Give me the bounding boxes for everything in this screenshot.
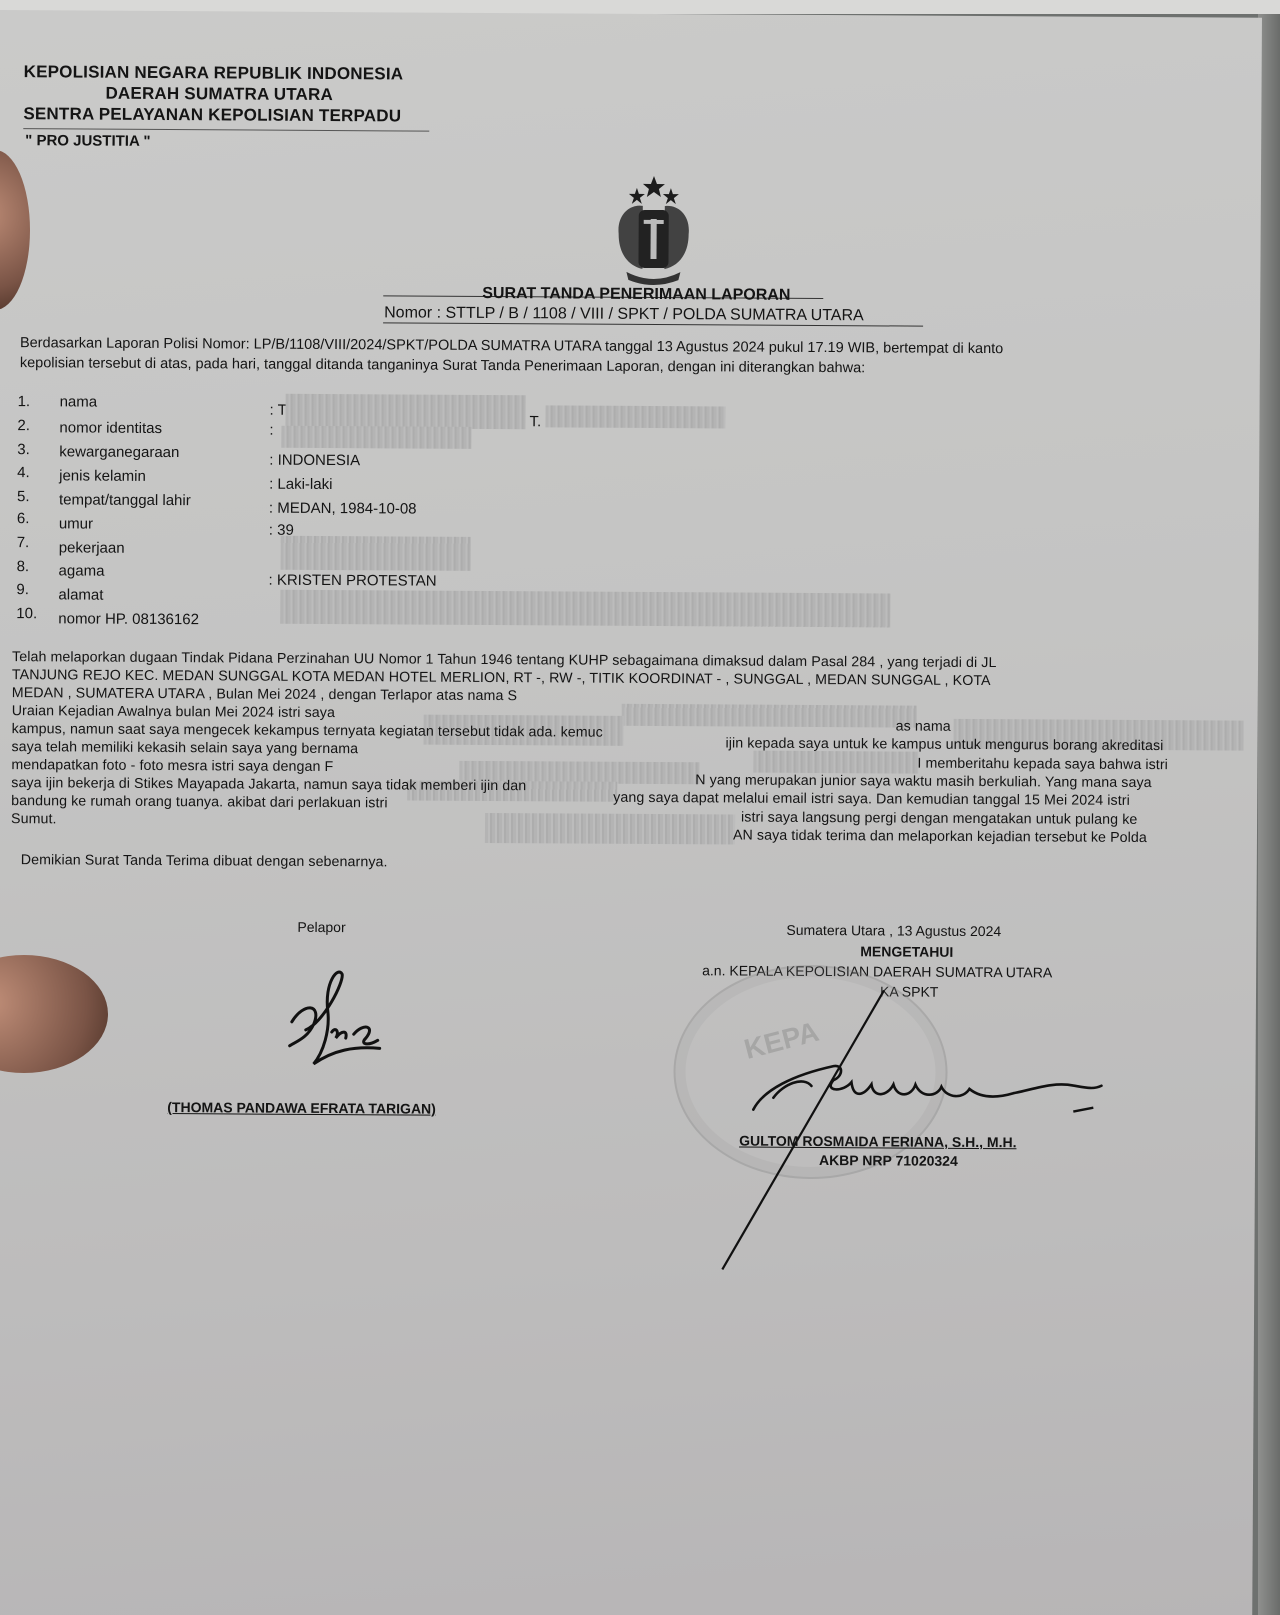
- field-label-nomor-hp: nomor HP. 08136162: [58, 610, 199, 628]
- official-rank: AKBP NRP 71020324: [819, 1152, 958, 1169]
- report-line: Sumut.: [11, 811, 57, 827]
- redaction-block: [285, 394, 525, 429]
- field-label-alamat: alamat: [58, 586, 103, 603]
- document-title: SURAT TANDA PENERIMAAN LAPORAN: [482, 285, 790, 305]
- closing-statement: Demikian Surat Tanda Terima dibuat denga…: [21, 852, 388, 870]
- field-value-agama: : KRISTEN PROTESTAN: [268, 572, 436, 590]
- background-surface: [1258, 14, 1280, 1615]
- pro-justitia: " PRO JUSTITIA ": [25, 132, 150, 150]
- field-value-tempat-tanggal-lahir: : MEDAN, 1984-10-08: [269, 500, 417, 518]
- reporter-label: Pelapor: [297, 919, 345, 935]
- field-number: 6.: [17, 510, 30, 527]
- field-number: 3.: [17, 441, 30, 458]
- field-label-jenis-kelamin: jenis kelamin: [59, 467, 146, 485]
- intro-line-1: Berdasarkan Laporan Polisi Nomor: LP/B/1…: [20, 335, 1003, 357]
- field-label-agama: agama: [59, 562, 105, 579]
- header-divider: [23, 128, 429, 131]
- report-line-right: AN saya tidak terima dan melaporkan keja…: [733, 827, 1147, 846]
- field-label-kewarganegaraan: kewarganegaraan: [59, 443, 179, 461]
- report-line-right: I memberitahu kepada saya bahwa istri: [917, 756, 1168, 774]
- field-number: 5.: [17, 488, 30, 505]
- report-line: mendapatkan foto - foto mesra istri saya…: [11, 757, 333, 775]
- field-value-jenis-kelamin: : Laki-laki: [269, 476, 332, 493]
- field-number: 10.: [16, 605, 37, 622]
- police-emblem-icon: [598, 174, 709, 290]
- report-line: Uraian Kejadian Awalnya bulan Mei 2024 i…: [12, 703, 335, 721]
- field-number: 9.: [16, 581, 29, 598]
- header-line-3: SENTRA PELAYANAN KEPOLISIAN TERPADU: [23, 104, 401, 126]
- field-number: 7.: [17, 534, 30, 551]
- acknowledged-label: MENGETAHUI: [860, 943, 953, 960]
- field-value-nama-extra: T.: [529, 413, 541, 430]
- document-paper: KEPOLISIAN NEGARA REPUBLIK INDONESIA DAE…: [0, 10, 1262, 1615]
- official-name: GULTOM ROSMAIDA FERIANA, S.H., M.H.: [739, 1133, 1016, 1151]
- official-signature-icon: [692, 979, 1134, 1282]
- field-label-pekerjaan: pekerjaan: [59, 539, 125, 556]
- report-line: MEDAN , SUMATERA UTARA , Bulan Mei 2024 …: [12, 685, 517, 704]
- field-label-tempat-tanggal-lahir: tempat/tanggal lahir: [59, 491, 191, 509]
- report-line-right: as nama: [896, 718, 951, 734]
- reporter-signature-icon: [283, 972, 404, 1083]
- field-label-umur: umur: [59, 515, 93, 532]
- report-line-right: N yang merupakan junior saya waktu masih…: [695, 772, 1151, 791]
- field-number: 1.: [18, 393, 31, 410]
- field-value-nama: : T: [270, 402, 287, 419]
- place-date: Sumatera Utara , 13 Agustus 2024: [786, 922, 1001, 939]
- redaction-block: [485, 813, 735, 845]
- redaction-block: [753, 751, 918, 774]
- field-label-nama: nama: [60, 393, 98, 410]
- field-number: 8.: [17, 558, 30, 575]
- intro-line-2: kepolisian tersebut di atas, pada hari, …: [20, 355, 865, 376]
- redaction-block: [281, 536, 471, 571]
- report-line: kampus, namun saat saya mengecek kekampu…: [12, 721, 603, 741]
- field-number: 2.: [17, 417, 30, 434]
- reporter-name: (THOMAS PANDAWA EFRATA TARIGAN): [167, 1099, 436, 1117]
- field-number: 4.: [17, 464, 30, 481]
- report-line-right: yang saya dapat melalui email istri saya…: [613, 790, 1130, 809]
- field-label-nomor-identitas: nomor identitas: [59, 419, 162, 437]
- redaction-block: [545, 405, 725, 428]
- report-line: saya ijin bekerja di Stikes Mayapada Jak…: [11, 775, 526, 794]
- report-line: bandung ke rumah orang tuanya. akibat da…: [11, 793, 388, 811]
- redaction-block: [281, 426, 471, 449]
- field-value-kewarganegaraan: : INDONESIA: [269, 452, 360, 470]
- report-line-right: istri saya langsung pergi dengan mengata…: [741, 810, 1137, 828]
- field-value-nomor-identitas: :: [269, 422, 273, 439]
- redaction-block: [280, 590, 890, 628]
- redaction-block: [622, 704, 917, 728]
- report-line: saya telah memiliki kekasih selain saya …: [11, 739, 358, 757]
- header-line-1: KEPOLISIAN NEGARA REPUBLIK INDONESIA: [24, 62, 404, 84]
- header-line-2: DAERAH SUMATRA UTARA: [105, 84, 333, 105]
